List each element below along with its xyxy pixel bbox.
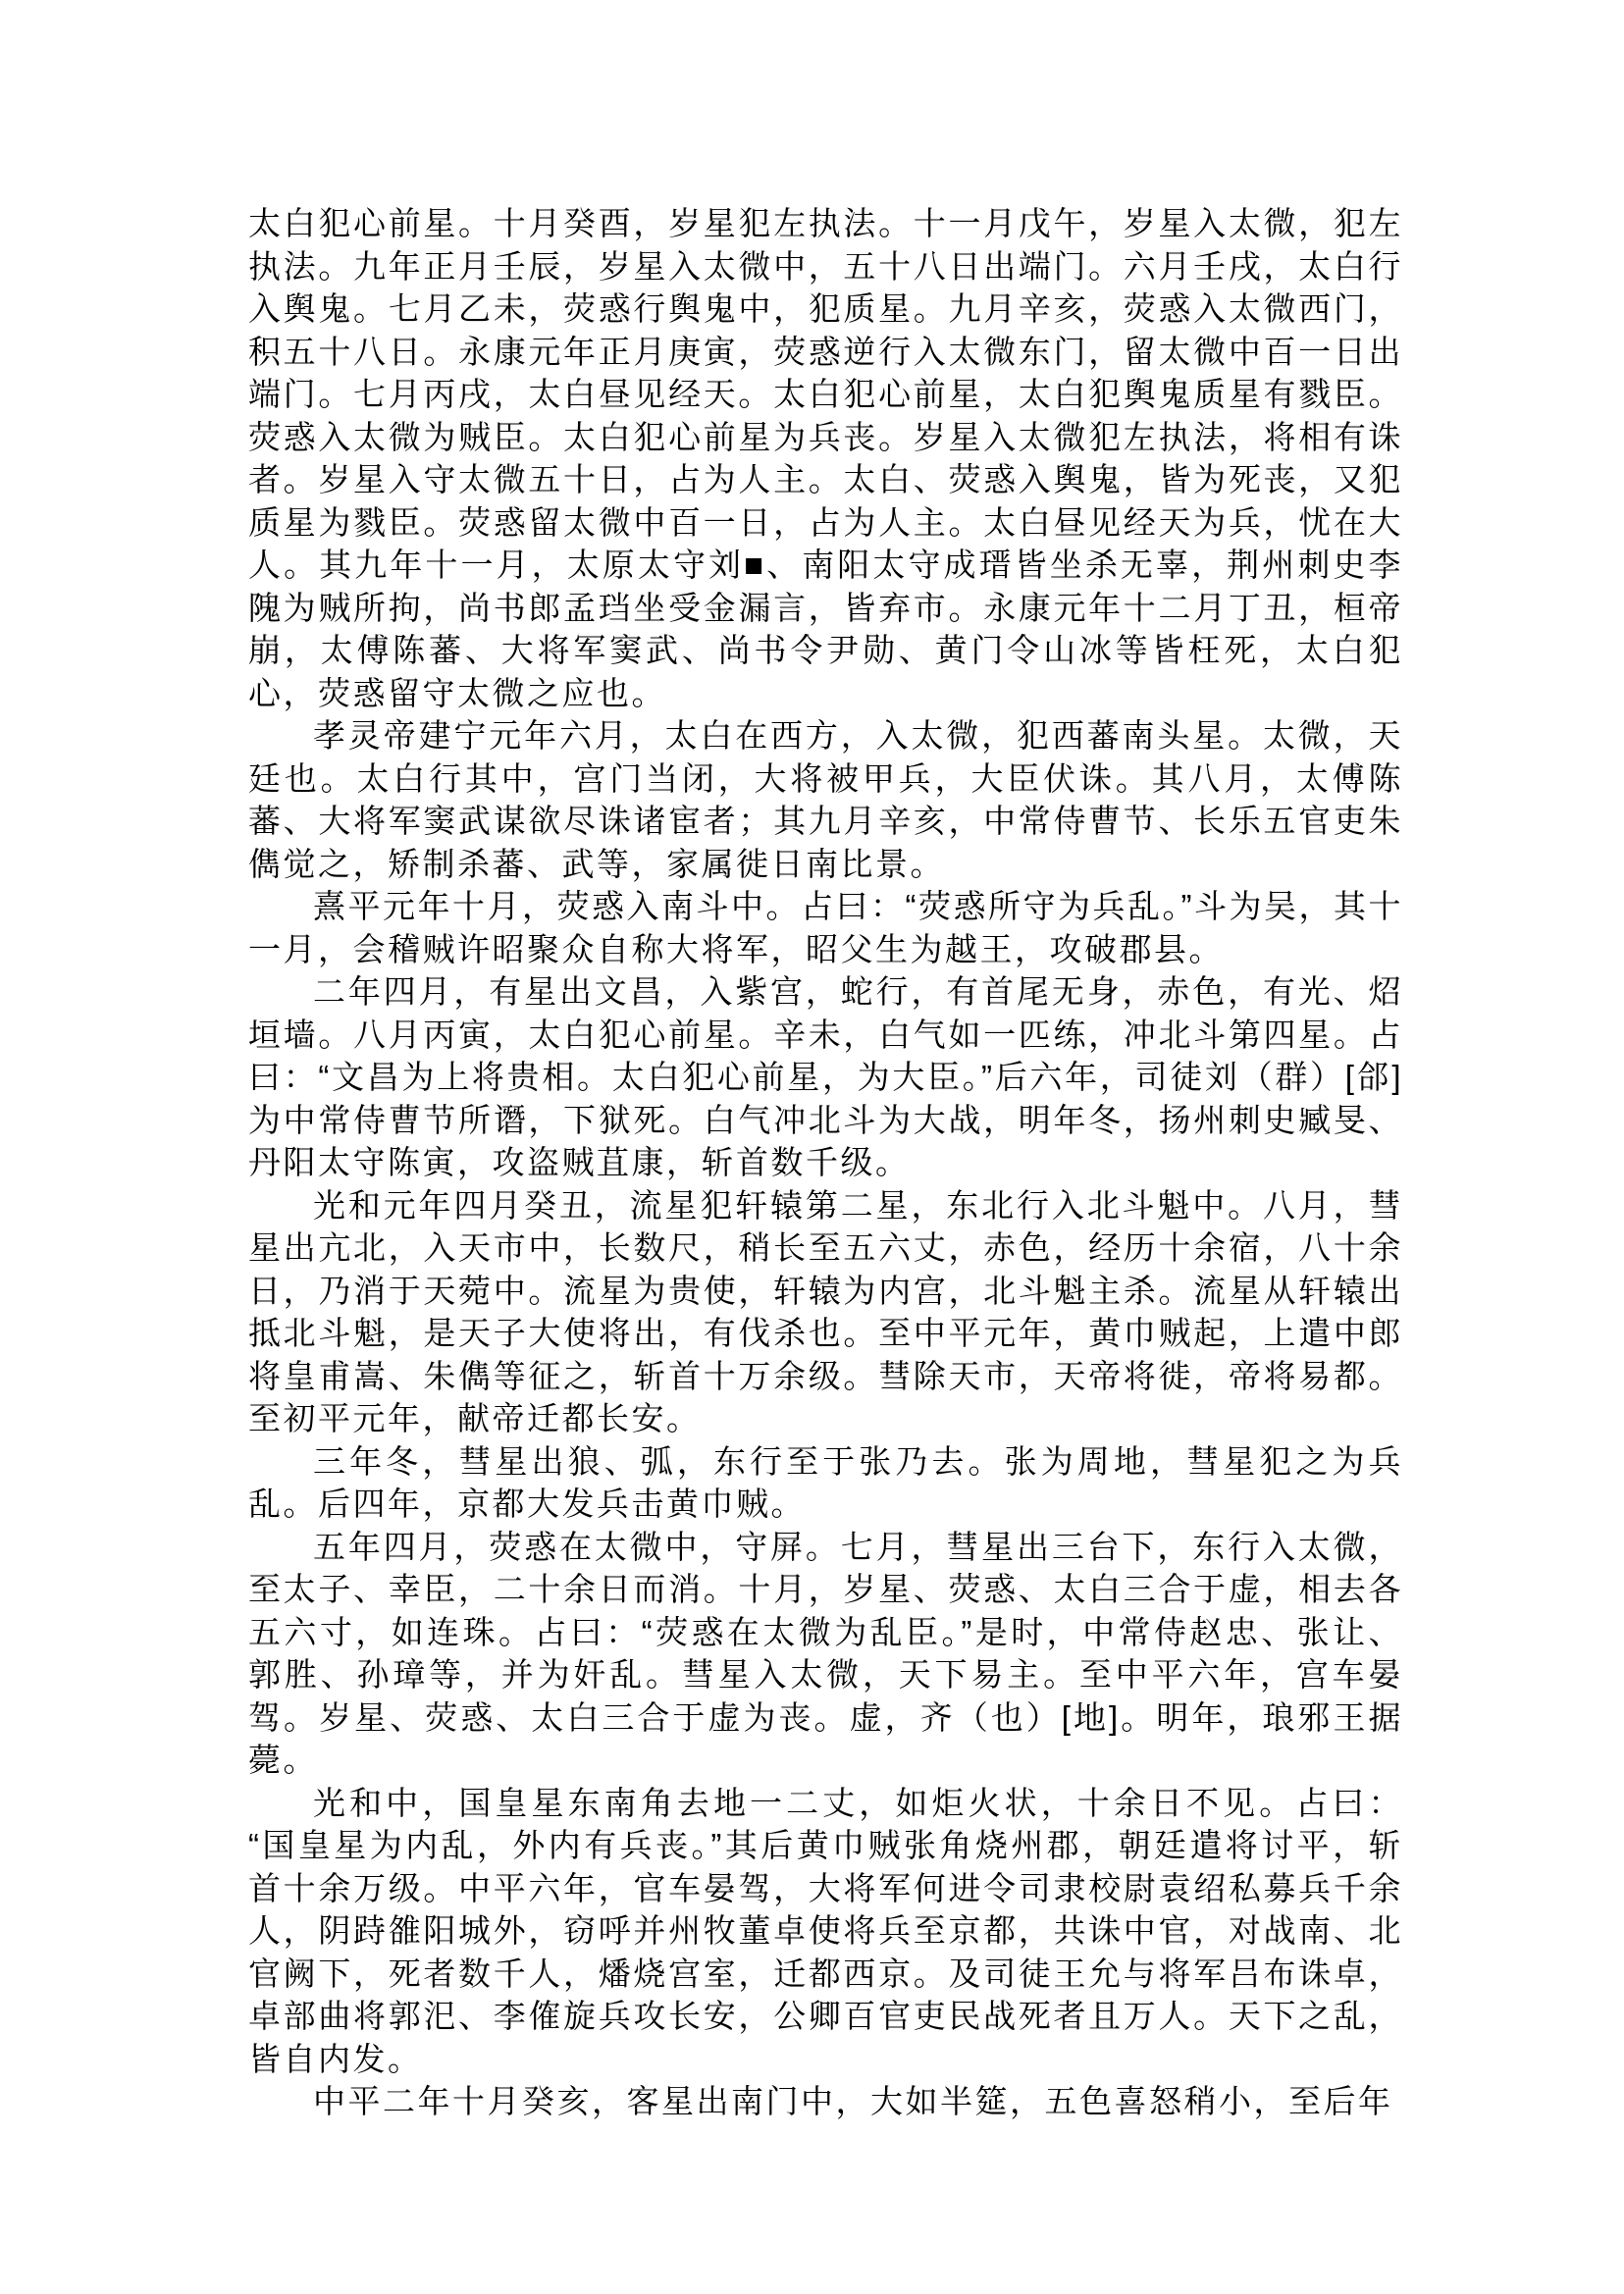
paragraph-6: 三年冬，彗星出狼、弧，东行至于张乃去。张为周地，彗星犯之为兵乱。后四年，京都大发…: [248, 1440, 1403, 1526]
paragraph-9: 中平二年十月癸亥，客星出南门中，大如半筵，五色喜怒稍小，至后年: [248, 2080, 1403, 2123]
document-page: 太白犯心前星。十月癸酉，岁星犯左执法。十一月戊午，岁星入太微，犯左执法。九年正月…: [0, 0, 1624, 2294]
paragraph-8: 光和中，国皇星东南角去地一二丈，如炬火状，十余日不见。占曰：“国皇星为内乱，外内…: [248, 1782, 1403, 2081]
paragraph-2: 孝灵帝建宁元年六月，太白在西方，入太微，犯西蕃南头星。太微，天廷也。太白行其中，…: [248, 714, 1403, 885]
paragraph-3: 熹平元年十月，荧惑入南斗中。占曰：“荧惑所守为兵乱。”斗为吴，其十一月，会稽贼许…: [248, 885, 1403, 970]
paragraph-5: 光和元年四月癸丑，流星犯轩辕第二星，东北行入北斗魁中。八月，彗星出亢北，入天市中…: [248, 1184, 1403, 1440]
paragraph-7: 五年四月，荧惑在太微中，守屏。七月，彗星出三台下，东行入太微，至太子、幸臣，二十…: [248, 1526, 1403, 1782]
paragraph-4: 二年四月，有星出文昌，入紫宫，蛇行，有首尾无身，赤色，有光、炤垣墙。八月丙寅，太…: [248, 970, 1403, 1184]
paragraph-1: 太白犯心前星。十月癸酉，岁星犯左执法。十一月戊午，岁星入太微，犯左执法。九年正月…: [248, 202, 1403, 714]
document-body: 太白犯心前星。十月癸酉，岁星犯左执法。十一月戊午，岁星入太微，犯左执法。九年正月…: [248, 202, 1403, 2123]
